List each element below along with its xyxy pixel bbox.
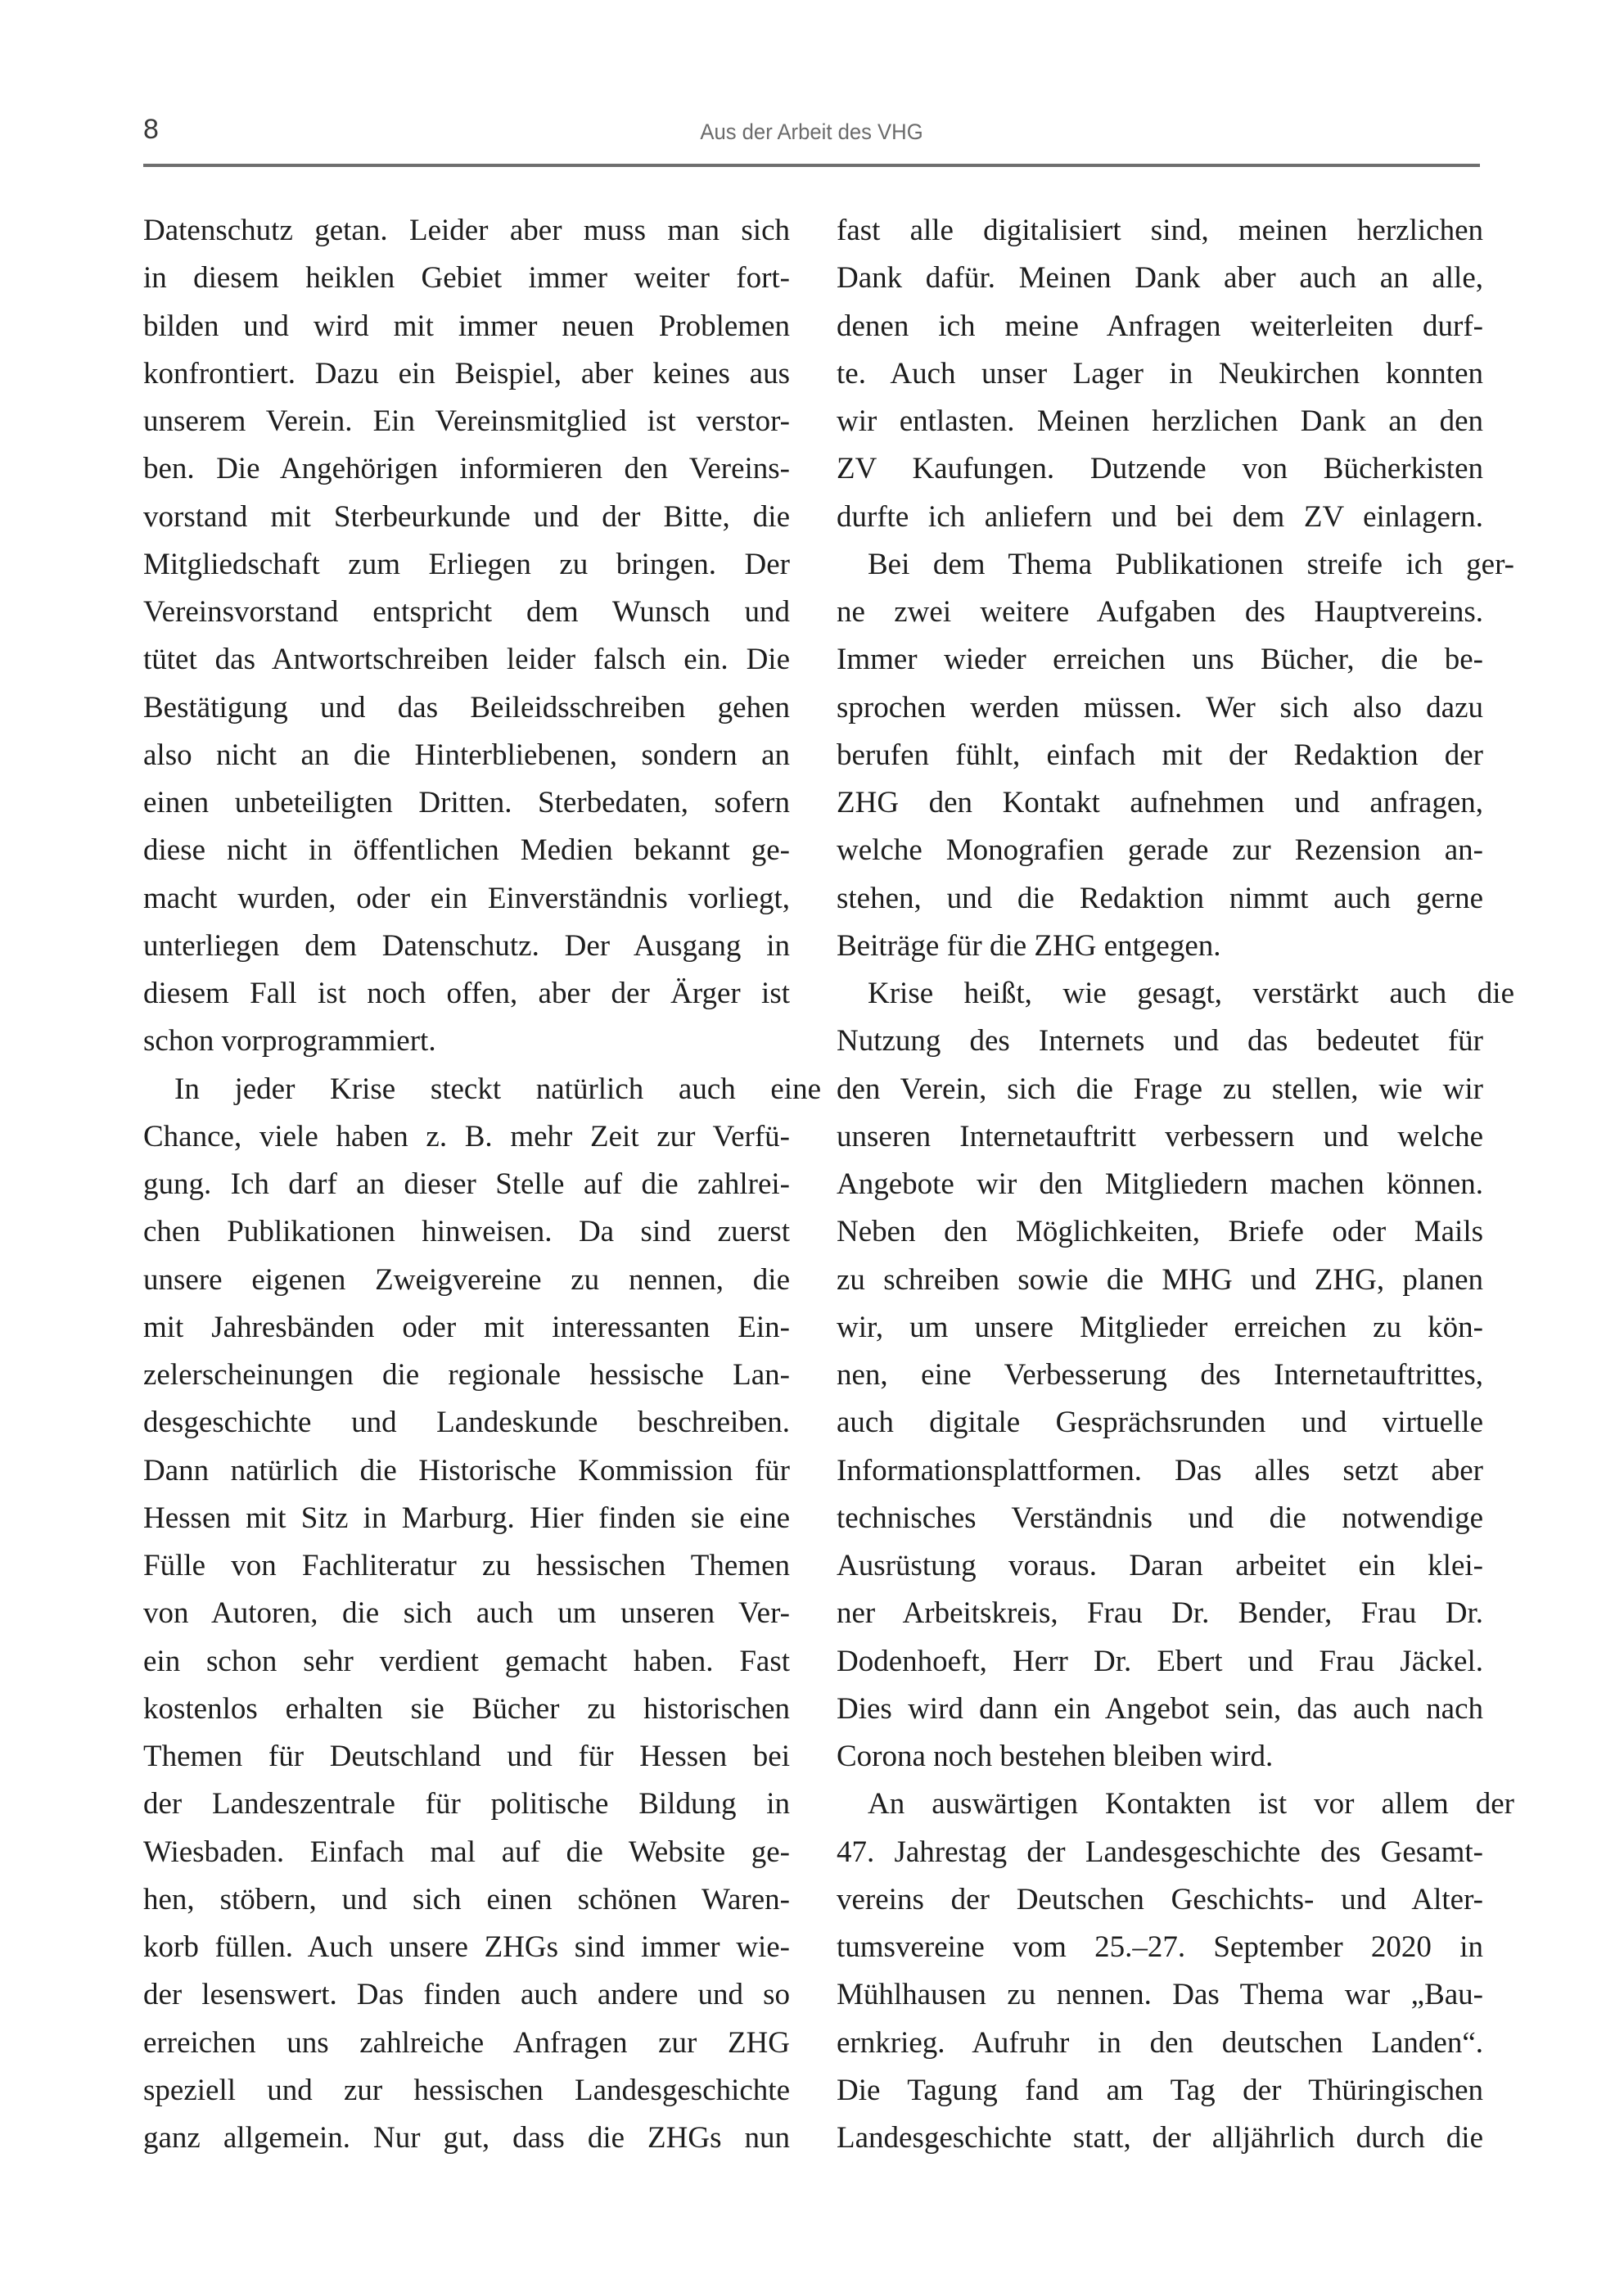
- text-line: Dann natürlich die Historische Kommissio…: [143, 1447, 790, 1495]
- text-line: desgeschichte und Landeskunde beschreibe…: [143, 1399, 790, 1447]
- text-line: speziell und zur hessischen Landesgeschi…: [143, 2067, 790, 2115]
- text-line: Dank dafür. Meinen Dank aber auch an all…: [837, 255, 1483, 302]
- left-text-column: Datenschutz getan. Leider aber muss man …: [143, 207, 790, 2162]
- text-line: Neben den Möglichkeiten, Briefe oder Mai…: [837, 1208, 1483, 1256]
- text-line: ZHG den Kontakt aufnehmen und anfragen,: [837, 779, 1483, 827]
- text-line: Beiträge für die ZHG entgegen.: [837, 923, 1483, 970]
- text-line: diesem Fall ist noch offen, aber der Ärg…: [143, 970, 790, 1018]
- text-line: den Verein, sich die Frage zu stellen, w…: [837, 1066, 1483, 1113]
- text-line: Dies wird dann ein Angebot sein, das auc…: [837, 1686, 1483, 1733]
- text-line: unsere eigenen Zweigvereine zu nennen, d…: [143, 1257, 790, 1304]
- text-line: wir, um unsere Mitglieder erreichen zu k…: [837, 1304, 1483, 1352]
- document-page: 8 Aus der Arbeit des VHG Datenschutz get…: [0, 0, 1624, 2293]
- text-line: Hessen mit Sitz in Marburg. Hier finden …: [143, 1495, 790, 1542]
- text-line: te. Auch unser Lager in Neukirchen konnt…: [837, 350, 1483, 398]
- text-line: der Landeszentrale für politische Bildun…: [143, 1781, 790, 1828]
- text-line: diese nicht in öffentlichen Medien bekan…: [143, 827, 790, 874]
- text-line: ganz allgemein. Nur gut, dass die ZHGs n…: [143, 2115, 790, 2162]
- text-line: macht wurden, oder ein Einverständnis vo…: [143, 875, 790, 923]
- text-line: Themen für Deutschland und für Hessen be…: [143, 1733, 790, 1781]
- text-line: denen ich meine Anfragen weiterleiten du…: [837, 303, 1483, 350]
- text-line: auch digitale Gesprächsrunden und virtue…: [837, 1399, 1483, 1447]
- text-line: Bestätigung und das Beileidsschreiben ge…: [143, 684, 790, 732]
- text-line: mit Jahresbänden oder mit interessanten …: [143, 1304, 790, 1352]
- text-line: Die Tagung fand am Tag der Thüringischen: [837, 2067, 1483, 2115]
- text-line: ner Arbeitskreis, Frau Dr. Bender, Frau …: [837, 1590, 1483, 1637]
- text-line: gung. Ich darf an dieser Stelle auf die …: [143, 1161, 790, 1208]
- text-line: technisches Verständnis und die notwendi…: [837, 1495, 1483, 1542]
- text-line: In jeder Krise steckt natürlich auch ein…: [143, 1066, 821, 1113]
- text-line: ein schon sehr verdient gemacht haben. F…: [143, 1638, 790, 1686]
- text-line: vorstand mit Sterbeurkunde und der Bitte…: [143, 494, 790, 541]
- text-line: Mitgliedschaft zum Erliegen zu bringen. …: [143, 541, 790, 589]
- page-header: 8 Aus der Arbeit des VHG: [143, 113, 1480, 162]
- text-line: zelerscheinungen die regionale hessische…: [143, 1352, 790, 1399]
- right-text-column: fast alle digitalisiert sind, meinen her…: [837, 207, 1483, 2162]
- text-line: Dodenhoeft, Herr Dr. Ebert und Frau Jäck…: [837, 1638, 1483, 1686]
- text-line: Vereinsvorstand entspricht dem Wunsch un…: [143, 589, 790, 636]
- text-line: Corona noch bestehen bleiben wird.: [837, 1733, 1483, 1781]
- text-line: unterliegen dem Datenschutz. Der Ausgang…: [143, 923, 790, 970]
- text-line: Informationsplattformen. Das alles setzt…: [837, 1447, 1483, 1495]
- text-line: Krise heißt, wie gesagt, verstärkt auch …: [837, 970, 1514, 1018]
- text-line: chen Publikationen hinweisen. Da sind zu…: [143, 1208, 790, 1256]
- text-line: schon vorprogrammiert.: [143, 1018, 790, 1065]
- text-line: An auswärtigen Kontakten ist vor allem d…: [837, 1781, 1514, 1828]
- text-line: durfte ich anliefern und bei dem ZV einl…: [837, 494, 1483, 541]
- text-line: kostenlos erhalten sie Bücher zu histori…: [143, 1686, 790, 1733]
- text-line: unseren Internetauftritt verbessern und …: [837, 1113, 1483, 1161]
- text-line: vereins der Deutschen Geschichts- und Al…: [837, 1876, 1483, 1924]
- text-line: stehen, und die Redaktion nimmt auch ger…: [837, 875, 1483, 923]
- text-line: Angebote wir den Mitgliedern machen könn…: [837, 1161, 1483, 1208]
- text-line: Nutzung des Internets und das bedeutet f…: [837, 1018, 1483, 1065]
- text-line: nen, eine Verbesserung des Internetauftr…: [837, 1352, 1483, 1399]
- text-line: wir entlasten. Meinen herzlichen Dank an…: [837, 398, 1483, 445]
- text-line: 47. Jahrestag der Landesgeschichte des G…: [837, 1829, 1483, 1876]
- text-line: von Autoren, die sich auch um unseren Ve…: [143, 1590, 790, 1637]
- text-line: Wiesbaden. Einfach mal auf die Website g…: [143, 1829, 790, 1876]
- text-line: welche Monografien gerade zur Rezension …: [837, 827, 1483, 874]
- text-line: tütet das Antwortschreiben leider falsch…: [143, 636, 790, 684]
- text-line: Ausrüstung voraus. Daran arbeitet ein kl…: [837, 1542, 1483, 1590]
- text-line: bilden und wird mit immer neuen Probleme…: [143, 303, 790, 350]
- text-line: Fülle von Fachliteratur zu hessischen Th…: [143, 1542, 790, 1590]
- page-number: 8: [143, 113, 159, 146]
- text-line: ben. Die Angehörigen informieren den Ver…: [143, 445, 790, 493]
- text-line: erreichen uns zahlreiche Anfragen zur ZH…: [143, 2020, 790, 2067]
- text-line: ne zwei weitere Aufgaben des Hauptverein…: [837, 589, 1483, 636]
- text-line: in diesem heiklen Gebiet immer weiter fo…: [143, 255, 790, 302]
- text-line: der lesenswert. Das finden auch andere u…: [143, 1971, 790, 2019]
- text-line: zu schreiben sowie die MHG und ZHG, plan…: [837, 1257, 1483, 1304]
- text-line: fast alle digitalisiert sind, meinen her…: [837, 207, 1483, 255]
- header-rule: [143, 164, 1480, 167]
- running-title: Aus der Arbeit des VHG: [177, 118, 1446, 146]
- text-line: sprochen werden müssen. Wer sich also da…: [837, 684, 1483, 732]
- text-line: Immer wieder erreichen uns Bücher, die b…: [837, 636, 1483, 684]
- text-line: ernkrieg. Aufruhr in den deutschen Lande…: [837, 2020, 1483, 2067]
- text-line: Landesgeschichte statt, der alljährlich …: [837, 2115, 1483, 2162]
- text-line: ZV Kaufungen. Dutzende von Bücherkisten: [837, 445, 1483, 493]
- text-line: Datenschutz getan. Leider aber muss man …: [143, 207, 790, 255]
- text-line: also nicht an die Hinterbliebenen, sonde…: [143, 732, 790, 779]
- text-line: Bei dem Thema Publikationen streife ich …: [837, 541, 1514, 589]
- text-line: Mühlhausen zu nennen. Das Thema war „Bau…: [837, 1971, 1483, 2019]
- text-line: hen, stöbern, und sich einen schönen War…: [143, 1876, 790, 1924]
- text-line: Chance, viele haben z. B. mehr Zeit zur …: [143, 1113, 790, 1161]
- text-line: berufen fühlt, einfach mit der Redaktion…: [837, 732, 1483, 779]
- text-line: korb füllen. Auch unsere ZHGs sind immer…: [143, 1924, 790, 1971]
- text-line: tumsvereine vom 25.–27. September 2020 i…: [837, 1924, 1483, 1971]
- text-line: unserem Verein. Ein Vereinsmitglied ist …: [143, 398, 790, 445]
- text-line: einen unbeteiligten Dritten. Sterbedaten…: [143, 779, 790, 827]
- text-line: konfrontiert. Dazu ein Beispiel, aber ke…: [143, 350, 790, 398]
